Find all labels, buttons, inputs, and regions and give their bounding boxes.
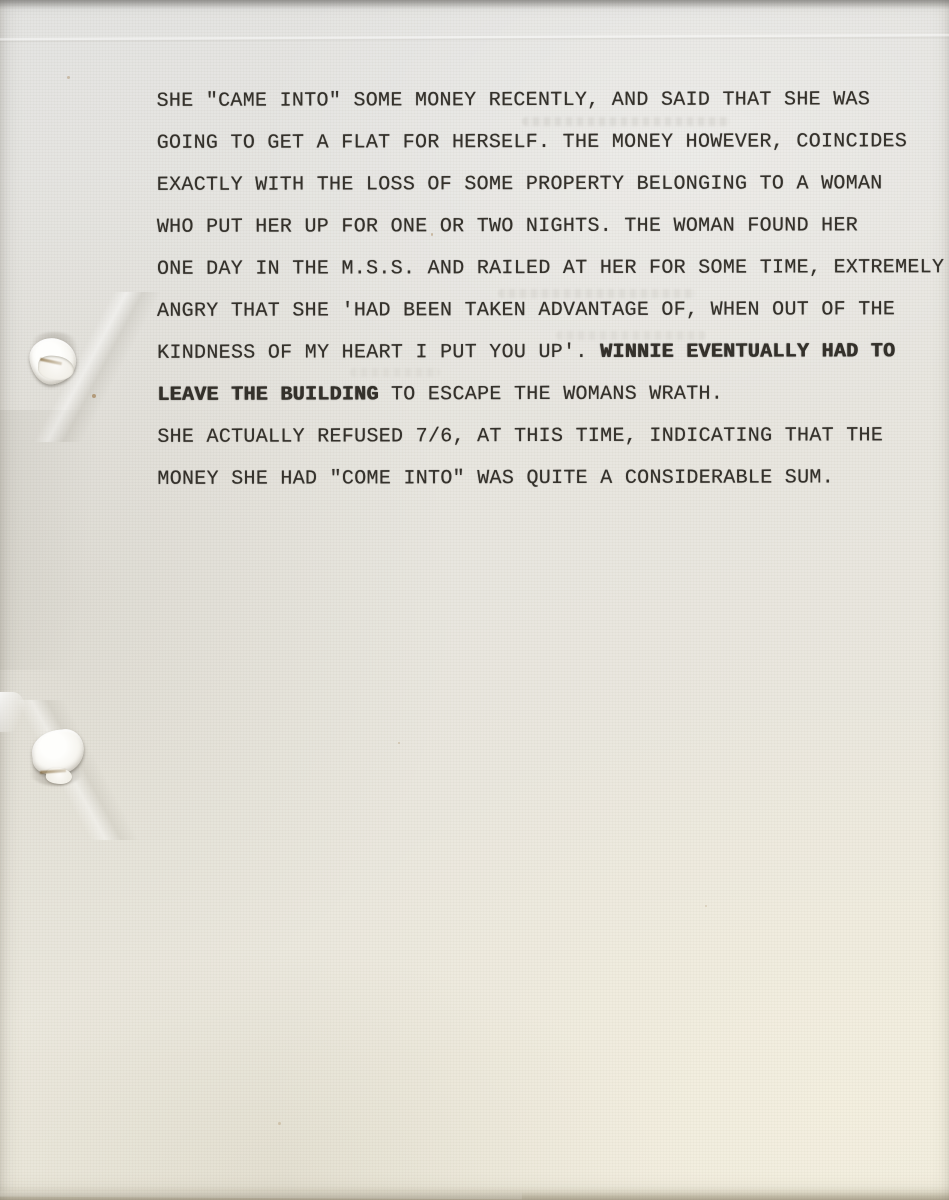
text-line: EXACTLY WITH THE LOSS OF SOME PROPERTY B… [157, 163, 949, 207]
stain-speck [67, 76, 70, 79]
stain-speck [398, 742, 400, 744]
text-line: WHO PUT HER UP FOR ONE OR TWO NIGHTS. TH… [157, 205, 949, 249]
text-segment: KINDNESS OF MY HEART I PUT YOU UP'. [157, 341, 600, 365]
stain-speck [705, 905, 707, 907]
text-segment: TO ESCAPE THE WOMANS WRATH. [379, 383, 724, 407]
paper-tear-highlight [0, 692, 26, 732]
text-segment: ONE DAY IN THE M.S.S. AND RAILED AT HER … [157, 256, 944, 281]
text-segment-emphasis: WINNIE EVENTUALLY HAD TO [600, 340, 895, 364]
text-line: SHE "CAME INTO" SOME MONEY RECENTLY, AND… [157, 79, 949, 123]
text-line: MONEY SHE HAD "COME INTO" WAS QUITE A CO… [157, 457, 949, 501]
punch-hole-bottom [26, 724, 92, 794]
page-top-edge-shadow [0, 0, 949, 9]
text-segment: WHO PUT HER UP FOR ONE OR TWO NIGHTS. TH… [157, 214, 858, 238]
text-line: ONE DAY IN THE M.S.S. AND RAILED AT HER … [157, 247, 949, 291]
punch-hole-top [24, 330, 86, 392]
paper-crease [0, 410, 120, 670]
text-segment: SHE ACTUALLY REFUSED 7/6, AT THIS TIME, … [157, 424, 883, 449]
text-segment: EXACTLY WITH THE LOSS OF SOME PROPERTY B… [157, 172, 883, 197]
text-segment: SHE "CAME INTO" SOME MONEY RECENTLY, AND… [157, 88, 871, 112]
paper-fold-top [0, 34, 949, 43]
page-bottom-edge-shadow [0, 1186, 949, 1200]
text-line: LEAVE THE BUILDING TO ESCAPE THE WOMANS … [157, 373, 949, 417]
text-segment: MONEY SHE HAD "COME INTO" WAS QUITE A CO… [157, 466, 834, 490]
text-line: ANGRY THAT SHE 'HAD BEEN TAKEN ADVANTAGE… [157, 289, 949, 333]
text-line: GOING TO GET A FLAT FOR HERSELF. THE MON… [157, 121, 949, 165]
text-line: KINDNESS OF MY HEART I PUT YOU UP'. WINN… [157, 331, 949, 375]
scanned-page: SHE "CAME INTO" SOME MONEY RECENTLY, AND… [0, 0, 949, 1200]
stain-speck [92, 394, 96, 398]
typewritten-text: SHE "CAME INTO" SOME MONEY RECENTLY, AND… [157, 79, 949, 501]
text-segment: GOING TO GET A FLAT FOR HERSELF. THE MON… [157, 130, 907, 155]
text-segment: ANGRY THAT SHE 'HAD BEEN TAKEN ADVANTAGE… [157, 298, 895, 323]
stain-speck [278, 1122, 281, 1125]
text-line: SHE ACTUALLY REFUSED 7/6, AT THIS TIME, … [157, 415, 949, 459]
text-segment-emphasis: LEAVE THE BUILDING [157, 383, 378, 406]
